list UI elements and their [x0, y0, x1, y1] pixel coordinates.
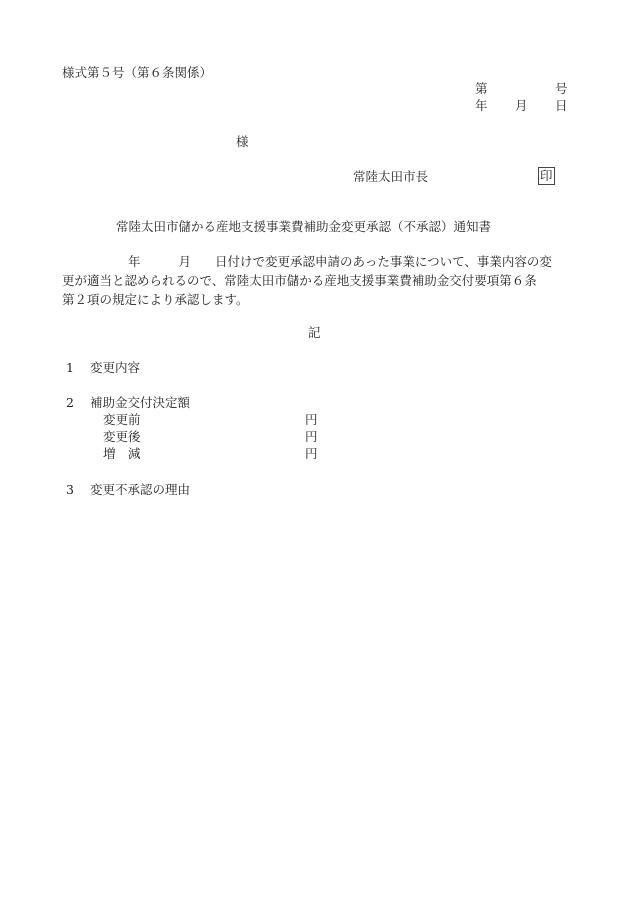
- item-number: 3: [66, 481, 74, 498]
- ki-heading: 記: [308, 324, 321, 341]
- form-label: 様式第５号（第６条関係）: [62, 64, 212, 81]
- body-text-3: 第２項の規定により承認します。: [62, 292, 249, 307]
- item-number: 1: [66, 359, 74, 376]
- date-year: 年: [475, 97, 488, 114]
- date-day: 日: [555, 97, 568, 114]
- amount-diff-unit: 円: [305, 445, 318, 462]
- amount-after-unit: 円: [305, 428, 318, 445]
- body-year: 年: [128, 254, 141, 269]
- issuer-name: 常陸太田市長: [353, 168, 428, 185]
- body-text-1: 日付けで変更承認申請のあった事業について、事業内容の変: [215, 254, 552, 269]
- document-title: 常陸太田市儲かる産地支援事業費補助金変更承認（不承認）通知書: [116, 218, 491, 235]
- seal-mark: 印: [538, 167, 555, 185]
- addressee-honorific: 様: [236, 133, 249, 150]
- item-label: 変更内容: [90, 359, 140, 376]
- date-month: 月: [515, 97, 528, 114]
- body-paragraph: 年月日付けで変更承認申請のあった事業について、事業内容の変 更が適当と認められる…: [62, 252, 568, 309]
- number-suffix: 号: [555, 80, 568, 97]
- amount-after-label: 変更後: [103, 428, 141, 445]
- item-label: 補助金交付決定額: [90, 394, 190, 411]
- amount-diff-label: 増 減: [103, 445, 141, 462]
- item-label: 変更不承認の理由: [90, 481, 190, 498]
- amount-before-unit: 円: [305, 411, 318, 428]
- body-month: 月: [179, 254, 192, 269]
- item-number: 2: [66, 394, 74, 411]
- number-prefix: 第: [475, 80, 488, 97]
- body-text-2: 更が適当と認められるので、常陸太田市儲かる産地支援事業費補助金交付要項第６条: [62, 273, 537, 288]
- amount-before-label: 変更前: [103, 411, 141, 428]
